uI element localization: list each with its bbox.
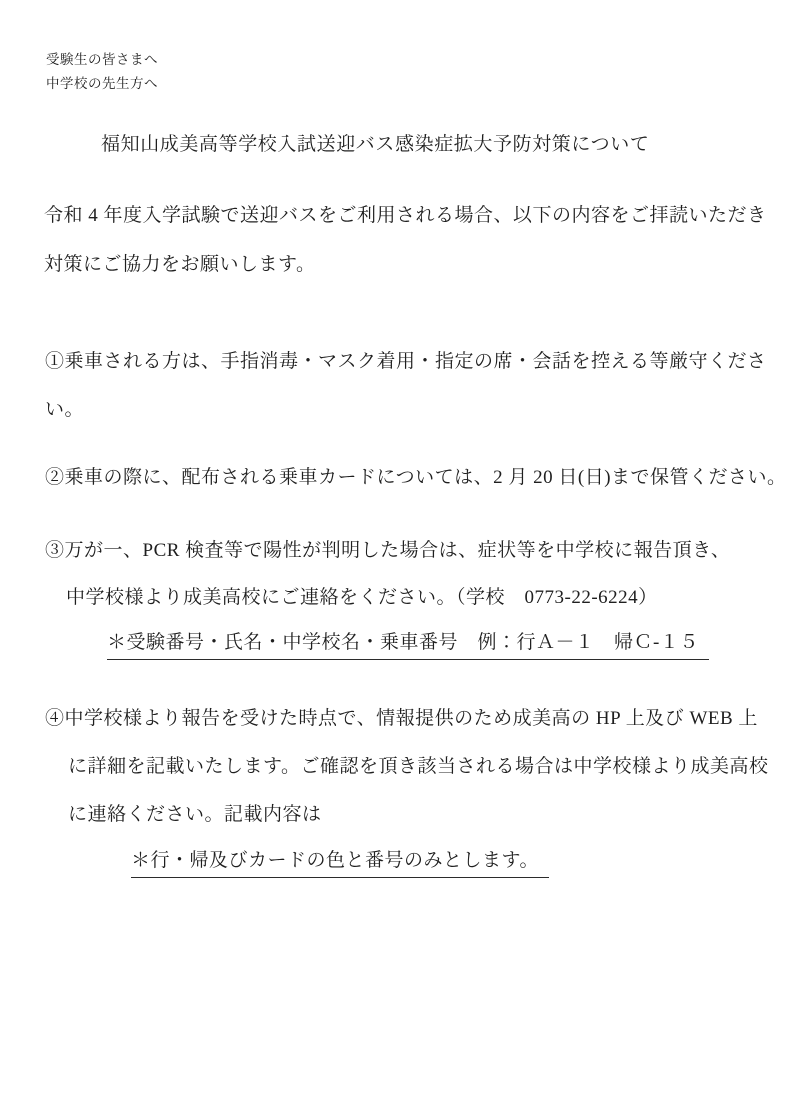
item-3-line-2: 中学校様より成美高校にご連絡をください。（学校 0773-22-6224） — [66, 586, 658, 610]
document-title: 福知山成美高等学校入試送迎バス感染症拡大予防対策について — [101, 133, 649, 157]
item-3-note-underlined: ＊受験番号・氏名・中学校名・乗車番号 例：行Ａ－１ 帰Ｃ-１５ — [107, 631, 709, 660]
item-4-line-1: ④中学校様より報告を受けた時点で、情報提供のため成美高の HP 上及び WEB … — [45, 707, 758, 731]
intro-line-1: 令和 4 年度入学試験で送迎バスをご利用される場合、以下の内容をご拝読いただき — [44, 204, 767, 228]
item-4-line-2: に詳細を記載いたします。ご確認を頂き該当される場合は中学校様より成美高校 — [68, 755, 768, 779]
item-3-line-1: ③万が一、PCR 検査等で陽性が判明した場合は、症状等を中学校に報告頂き、 — [45, 539, 730, 563]
document-page: 受験生の皆さまへ 中学校の先生方へ 福知山成美高等学校入試送迎バス感染症拡大予防… — [0, 0, 790, 1117]
addressee-line-2: 中学校の先生方へ — [46, 76, 158, 93]
item-4-line-3: に連絡ください。記載内容は — [68, 803, 322, 827]
item-2-line: ②乗車の際に、配布される乗車カードについては、2 月 20 日(日)まで保管くだ… — [45, 466, 787, 490]
intro-line-2: 対策にご協力をお願いします。 — [44, 253, 315, 277]
item-1-line-2: い。 — [45, 398, 84, 422]
addressee-line-1: 受験生の皆さまへ — [46, 52, 158, 69]
item-4-note-underlined: ＊行・帰及びカードの色と番号のみとします。 — [131, 849, 549, 878]
item-1-line-1: ①乗車される方は、手指消毒・マスク着用・指定の席・会話を控える等厳守くださ — [45, 350, 767, 374]
